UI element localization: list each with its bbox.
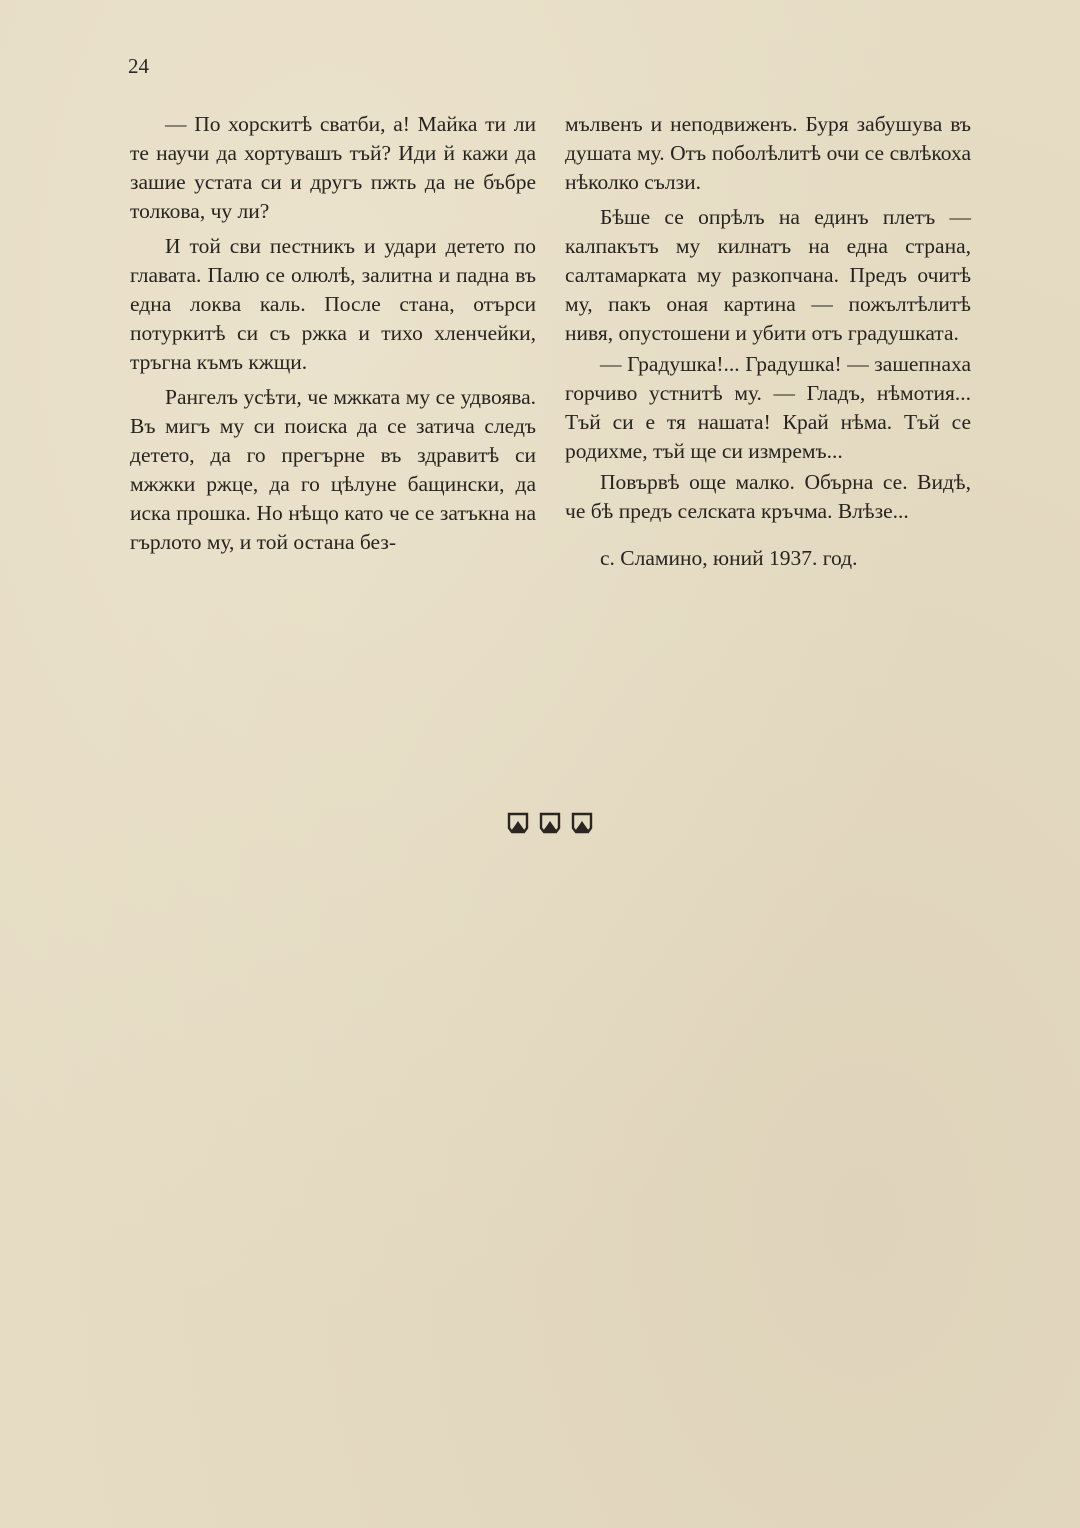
paragraph-continuation: мълвенъ и неподвиженъ. Буря забушува въ … xyxy=(565,110,971,197)
section-end-ornament xyxy=(507,812,593,834)
page-number: 24 xyxy=(128,54,149,79)
paragraph: — По хорскитѣ сватби, а! Майка ти ли те … xyxy=(130,110,536,226)
paragraph: Повървѣ още малко. Обърна се. Видѣ, че б… xyxy=(565,468,971,526)
mountain-frame-icon xyxy=(539,812,561,834)
mountain-frame-icon xyxy=(507,812,529,834)
place-date-signature: с. Сламино, юний 1937. год. xyxy=(565,544,971,573)
book-page: 24 — По хорскитѣ сватби, а! Майка ти ли … xyxy=(0,0,1080,1528)
right-text-column: мълвенъ и неподвиженъ. Буря забушува въ … xyxy=(565,110,971,595)
paragraph: Бѣше се опрѣлъ на единъ плетъ — калпакът… xyxy=(565,203,971,348)
mountain-frame-icon xyxy=(571,812,593,834)
paragraph: Рангелъ усѣти, че мжката му се удвоява. … xyxy=(130,383,536,557)
paragraph: И той сви пестникъ и удари детето по гла… xyxy=(130,232,536,377)
left-text-column: — По хорскитѣ сватби, а! Майка ти ли те … xyxy=(130,110,536,563)
paragraph: — Градушка!... Градушка! — зашепнаха гор… xyxy=(565,350,971,466)
